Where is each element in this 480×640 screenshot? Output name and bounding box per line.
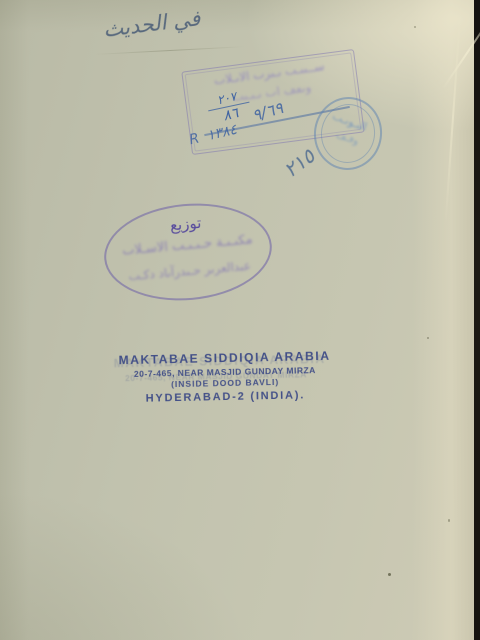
paper-speck bbox=[448, 519, 450, 522]
paper-speck bbox=[414, 26, 416, 28]
scanned-book-page: في الحديث ســٮٮـٮ ٮـٮرٮ الاٮـلاٮ وٮڡڡ اٮ… bbox=[0, 0, 480, 640]
illegible-stamp-text: عٮدالعرٮر حـٮدرآٮاد دكـٮ bbox=[107, 257, 272, 285]
bookseller-stamp: MAKTABAE SIDDIQIA ARABIA 20-7-465, NEAR … bbox=[117, 349, 332, 405]
paper-speck bbox=[427, 337, 429, 339]
paper-speck bbox=[388, 573, 391, 576]
scan-edge-strip bbox=[474, 0, 480, 640]
